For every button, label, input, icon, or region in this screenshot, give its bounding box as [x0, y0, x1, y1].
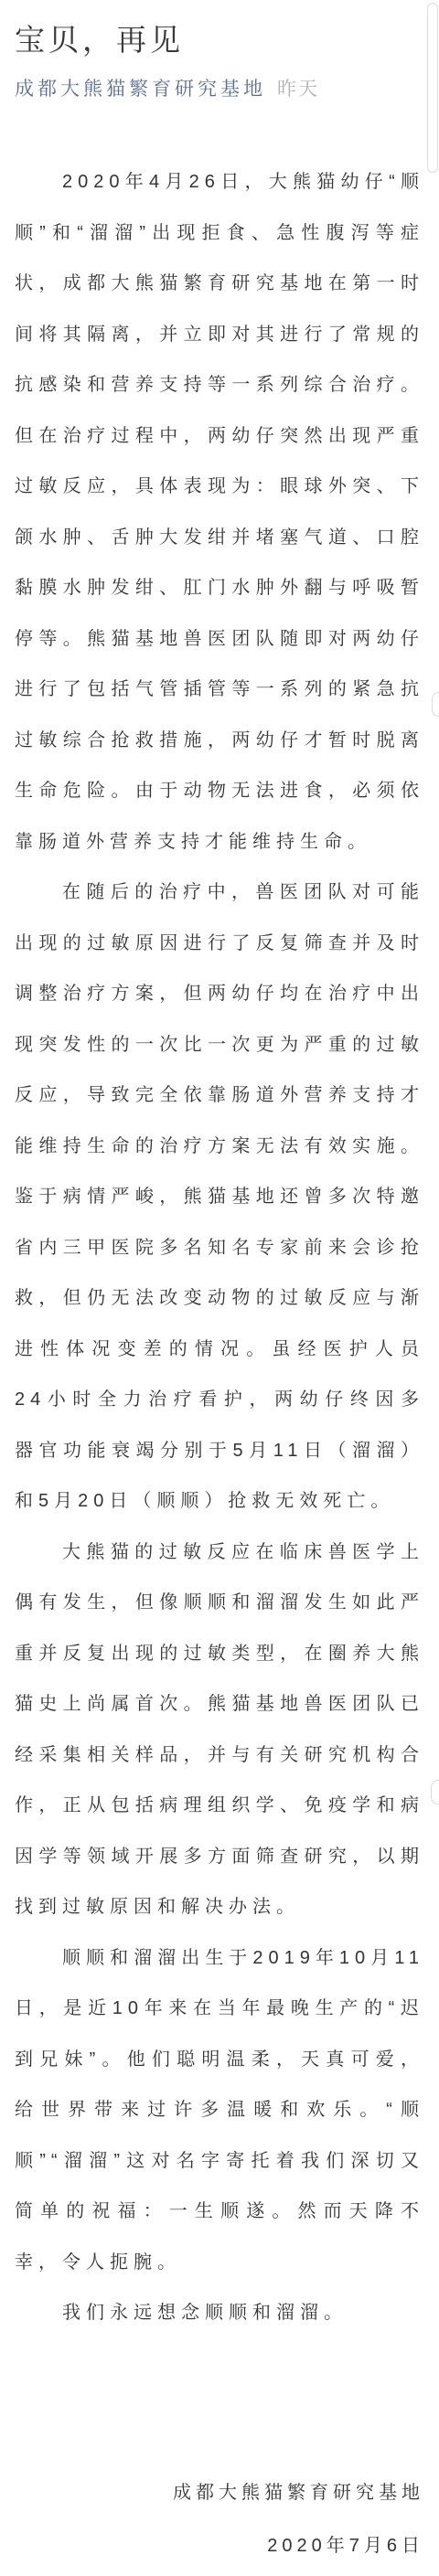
scrollbar-thumb[interactable]	[427, 3, 438, 173]
footer-date: 2020年7月6日	[15, 2519, 424, 2572]
article-body: 2020年4月26日，大熊猫幼仔“顺顺”和“溜溜”出现拒食、急性腹泻等症状，成都…	[15, 157, 424, 2339]
article-footer: 成都大熊猫繁育研究基地 2020年7月6日	[15, 2466, 424, 2572]
paragraph: 顺顺和溜溜出生于2019年10月11日，是近10年来在当年最晚生产的“迟到兄妹”…	[15, 1933, 424, 2289]
paragraph: 大熊猫的过敏反应在临床兽医学上偶有发生，但像顺顺和溜溜发生如此严重并反复出现的过…	[15, 1528, 424, 1933]
publish-time: 昨天	[277, 79, 319, 100]
byline: 成都大熊猫繁育研究基地昨天	[15, 77, 424, 102]
paragraph: 2020年4月26日，大熊猫幼仔“顺顺”和“溜溜”出现拒食、急性腹泻等症状，成都…	[15, 157, 424, 868]
paragraph: 在随后的治疗中，兽医团队对可能出现的过敏原因进行了反复筛查并及时调整治疗方案，但…	[15, 868, 424, 1528]
scrollbar-fragment-icon	[432, 692, 439, 717]
page-title: 宝贝，再见	[15, 0, 424, 60]
scrollbar-fragment-icon	[431, 1780, 439, 1804]
account-name-link[interactable]: 成都大熊猫繁育研究基地	[15, 79, 266, 100]
footer-signature: 成都大熊猫繁育研究基地	[15, 2466, 424, 2519]
paragraph: 我们永远想念顺顺和溜溜。	[15, 2288, 424, 2339]
article-page: 宝贝，再见 成都大熊猫繁育研究基地昨天 2020年4月26日，大熊猫幼仔“顺顺”…	[0, 0, 439, 2572]
